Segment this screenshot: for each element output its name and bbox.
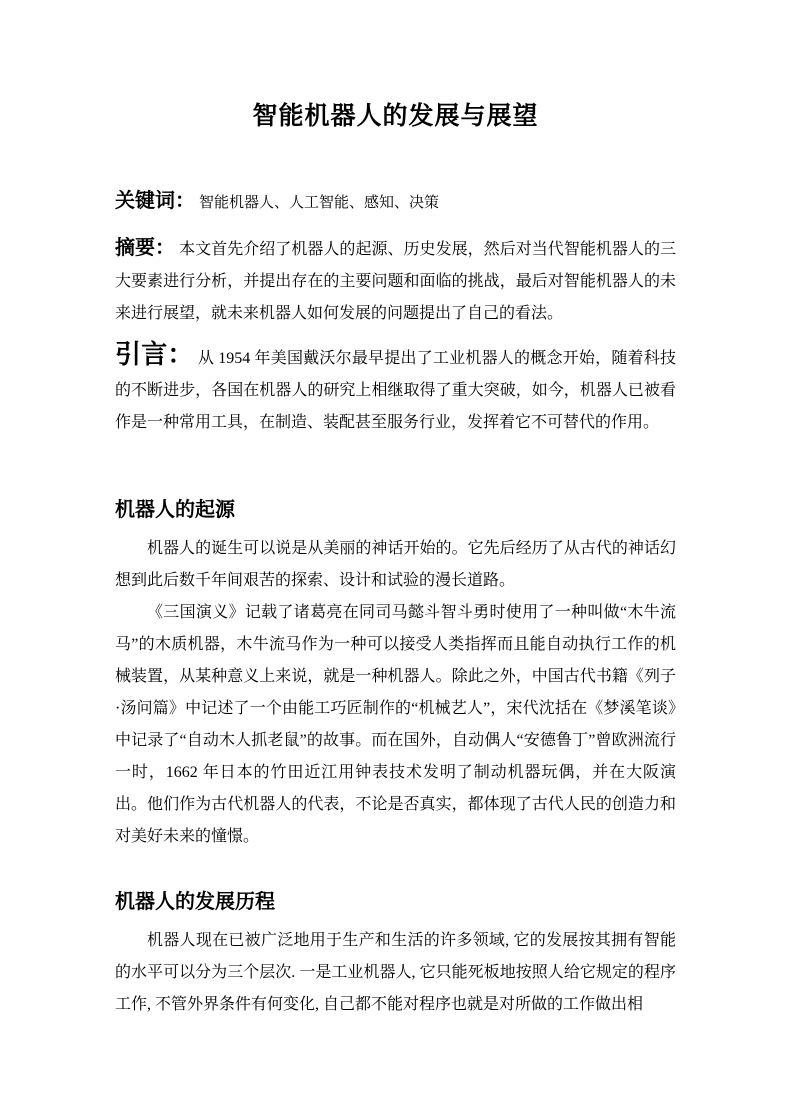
abstract-paragraph: 摘要： 本文首先介绍了机器人的起源、历史发展，然后对当代智能机器人的三大要素进行… [115,232,676,330]
keywords-label: 关键词： [115,190,195,212]
section-heading-development: 机器人的发展历程 [115,889,676,915]
keywords-text: 智能机器人、人工智能、感知、决策 [199,195,439,211]
keywords-line: 关键词： 智能机器人、人工智能、感知、决策 [115,188,676,216]
introduction-text: 从 1954 年美国戴沃尔最早提出了工业机器人的概念开始，随着科技的不断进步，各… [115,350,676,431]
abstract-label: 摘要： [115,237,175,259]
document-page: 智能机器人的发展与展望 关键词： 智能机器人、人工智能、感知、决策 摘要： 本文… [0,0,792,1120]
introduction-paragraph: 引言： 从 1954 年美国戴沃尔最早提出了工业机器人的概念开始，随着科技的不断… [115,338,676,439]
section-heading-origin: 机器人的起源 [115,497,676,523]
abstract-text: 本文首先介绍了机器人的起源、历史发展，然后对当代智能机器人的三大要素进行分析，并… [115,241,676,322]
origin-paragraph-1: 机器人的诞生可以说是从美丽的神话开始的。它先后经历了从古代的神话幻想到此后数千年… [115,533,676,597]
introduction-label: 引言： [115,339,194,369]
development-paragraph-1: 机器人现在已被广泛地用于生产和生活的许多领域, 它的发展按其拥有智能的水平可以分… [115,925,676,1021]
origin-paragraph-2: 《三国演义》记载了诸葛亮在同司马懿斗智斗勇时使用了一种叫做“木牛流马”的木质机器… [115,597,676,853]
document-title: 智能机器人的发展与展望 [115,100,676,132]
